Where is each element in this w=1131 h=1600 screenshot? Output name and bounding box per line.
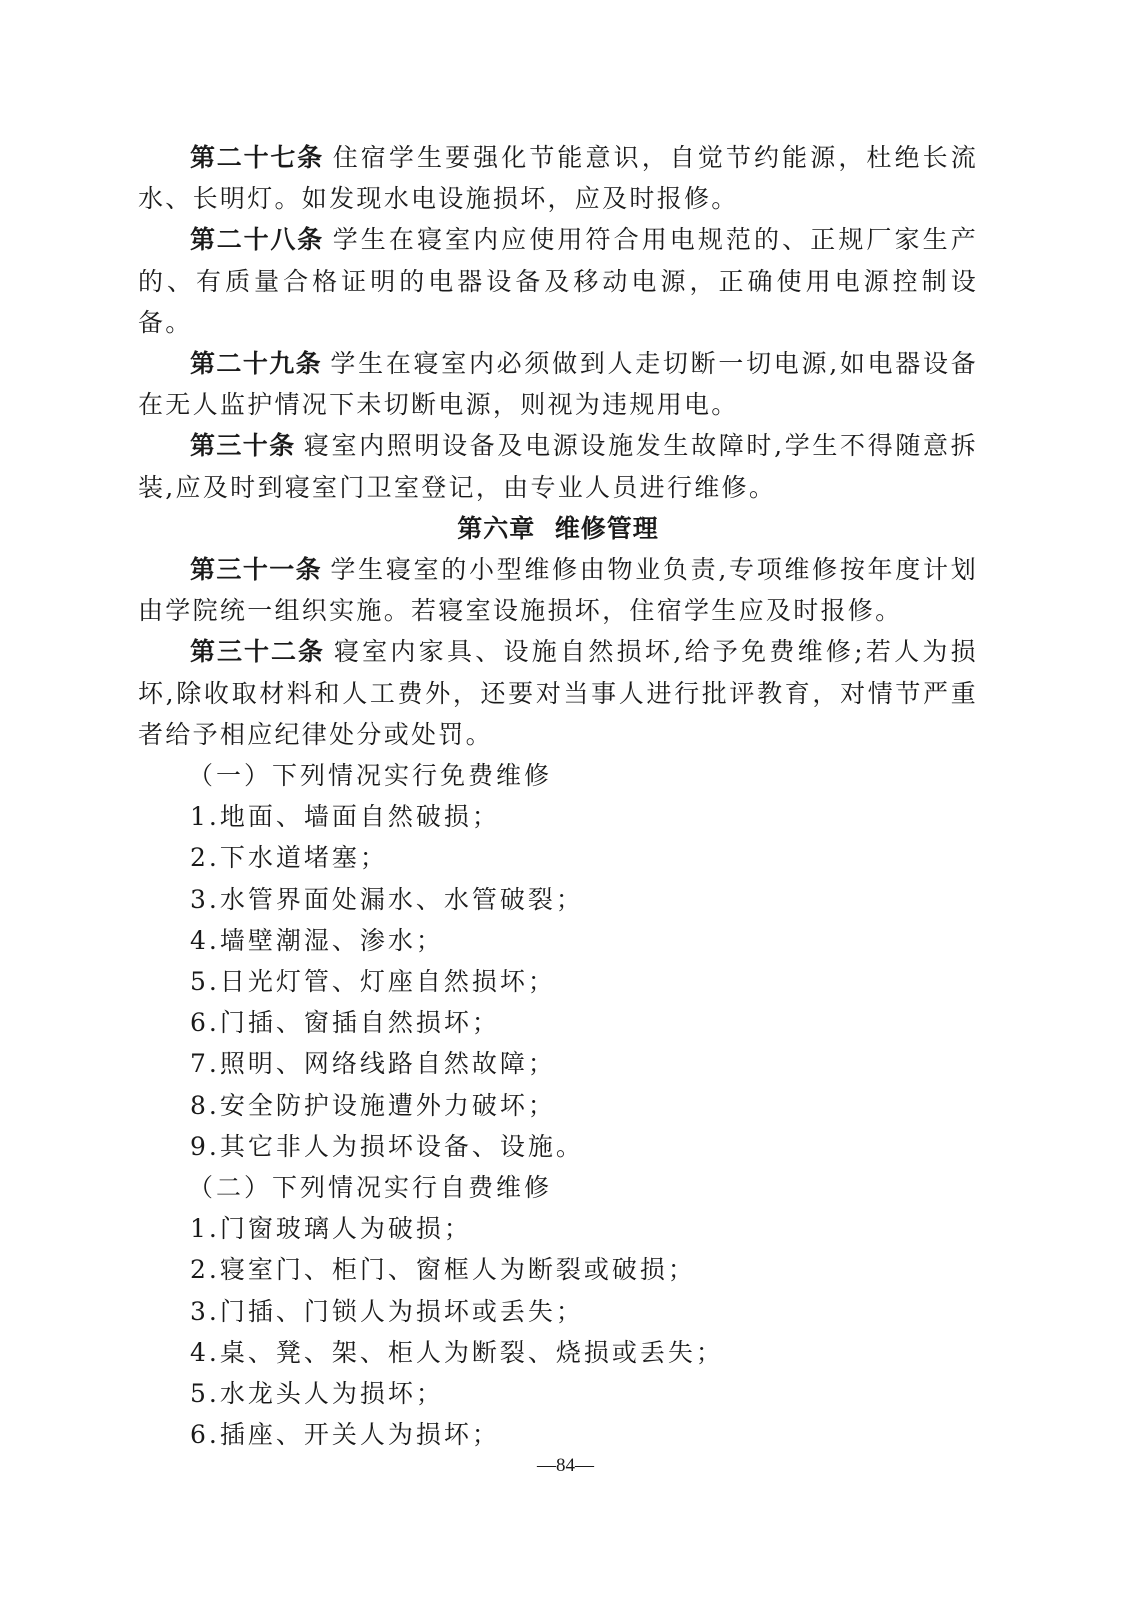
list-item: 5.水龙头人为损坏； — [138, 1373, 978, 1414]
list-item: 9.其它非人为损坏设备、设施。 — [138, 1126, 978, 1167]
list-item: 3.门插、门锁人为损坏或丢失； — [138, 1291, 978, 1332]
list-item: 4.墙壁潮湿、渗水； — [138, 920, 978, 961]
article-29: 第二十九条 学生在寝室内必须做到人走切断一切电源,如电器设备在无人监护情况下未切… — [138, 343, 978, 425]
list-item: 4.桌、凳、架、柜人为断裂、烧损或丢失； — [138, 1332, 978, 1373]
article-label: 第二十七条 — [190, 143, 324, 172]
free-repair-title: （一）下列情况实行免费维修 — [138, 755, 978, 796]
list-item: 8.安全防护设施遭外力破坏； — [138, 1085, 978, 1126]
article-30: 第三十条 寝室内照明设备及电源设施发生故障时,学生不得随意拆装,应及时到寝室门卫… — [138, 425, 978, 507]
article-label: 第二十八条 — [190, 225, 324, 254]
paid-repair-title: （二）下列情况实行自费维修 — [138, 1167, 978, 1208]
article-label: 第三十二条 — [190, 637, 325, 666]
list-item: 2.寝室门、柜门、窗框人为断裂或破损； — [138, 1249, 978, 1290]
article-32: 第三十二条 寝室内家具、设施自然损坏,给予免费维修;若人为损坏,除收取材料和人工… — [138, 631, 978, 755]
list-item: 6.门插、窗插自然损坏； — [138, 1002, 978, 1043]
article-27: 第二十七条 住宿学生要强化节能意识，自觉节约能源，杜绝长流水、长明灯。如发现水电… — [138, 137, 978, 219]
article-28: 第二十八条 学生在寝室内应使用符合用电规范的、正规厂家生产的、有质量合格证明的电… — [138, 219, 978, 343]
list-item: 6.插座、开关人为损坏； — [138, 1414, 978, 1455]
list-item: 1.地面、墙面自然破损； — [138, 796, 978, 837]
article-label: 第三十条 — [190, 431, 295, 460]
list-item: 2.下水道堵塞； — [138, 837, 978, 878]
list-item: 1.门窗玻璃人为破损； — [138, 1208, 978, 1249]
article-31: 第三十一条 学生寝室的小型维修由物业负责,专项维修按年度计划由学院统一组织实施。… — [138, 549, 978, 631]
list-item: 3.水管界面处漏水、水管破裂； — [138, 879, 978, 920]
article-label: 第二十九条 — [190, 349, 322, 378]
article-label: 第三十一条 — [190, 555, 322, 584]
list-item: 7.照明、网络线路自然故障； — [138, 1043, 978, 1084]
chapter-heading: 第六章 维修管理 — [138, 508, 978, 549]
document-page: 第二十七条 住宿学生要强化节能意识，自觉节约能源，杜绝长流水、长明灯。如发现水电… — [138, 137, 978, 1456]
list-item: 5.日光灯管、灯座自然损坏； — [138, 961, 978, 1002]
page-number: —84— — [0, 1455, 1131, 1477]
